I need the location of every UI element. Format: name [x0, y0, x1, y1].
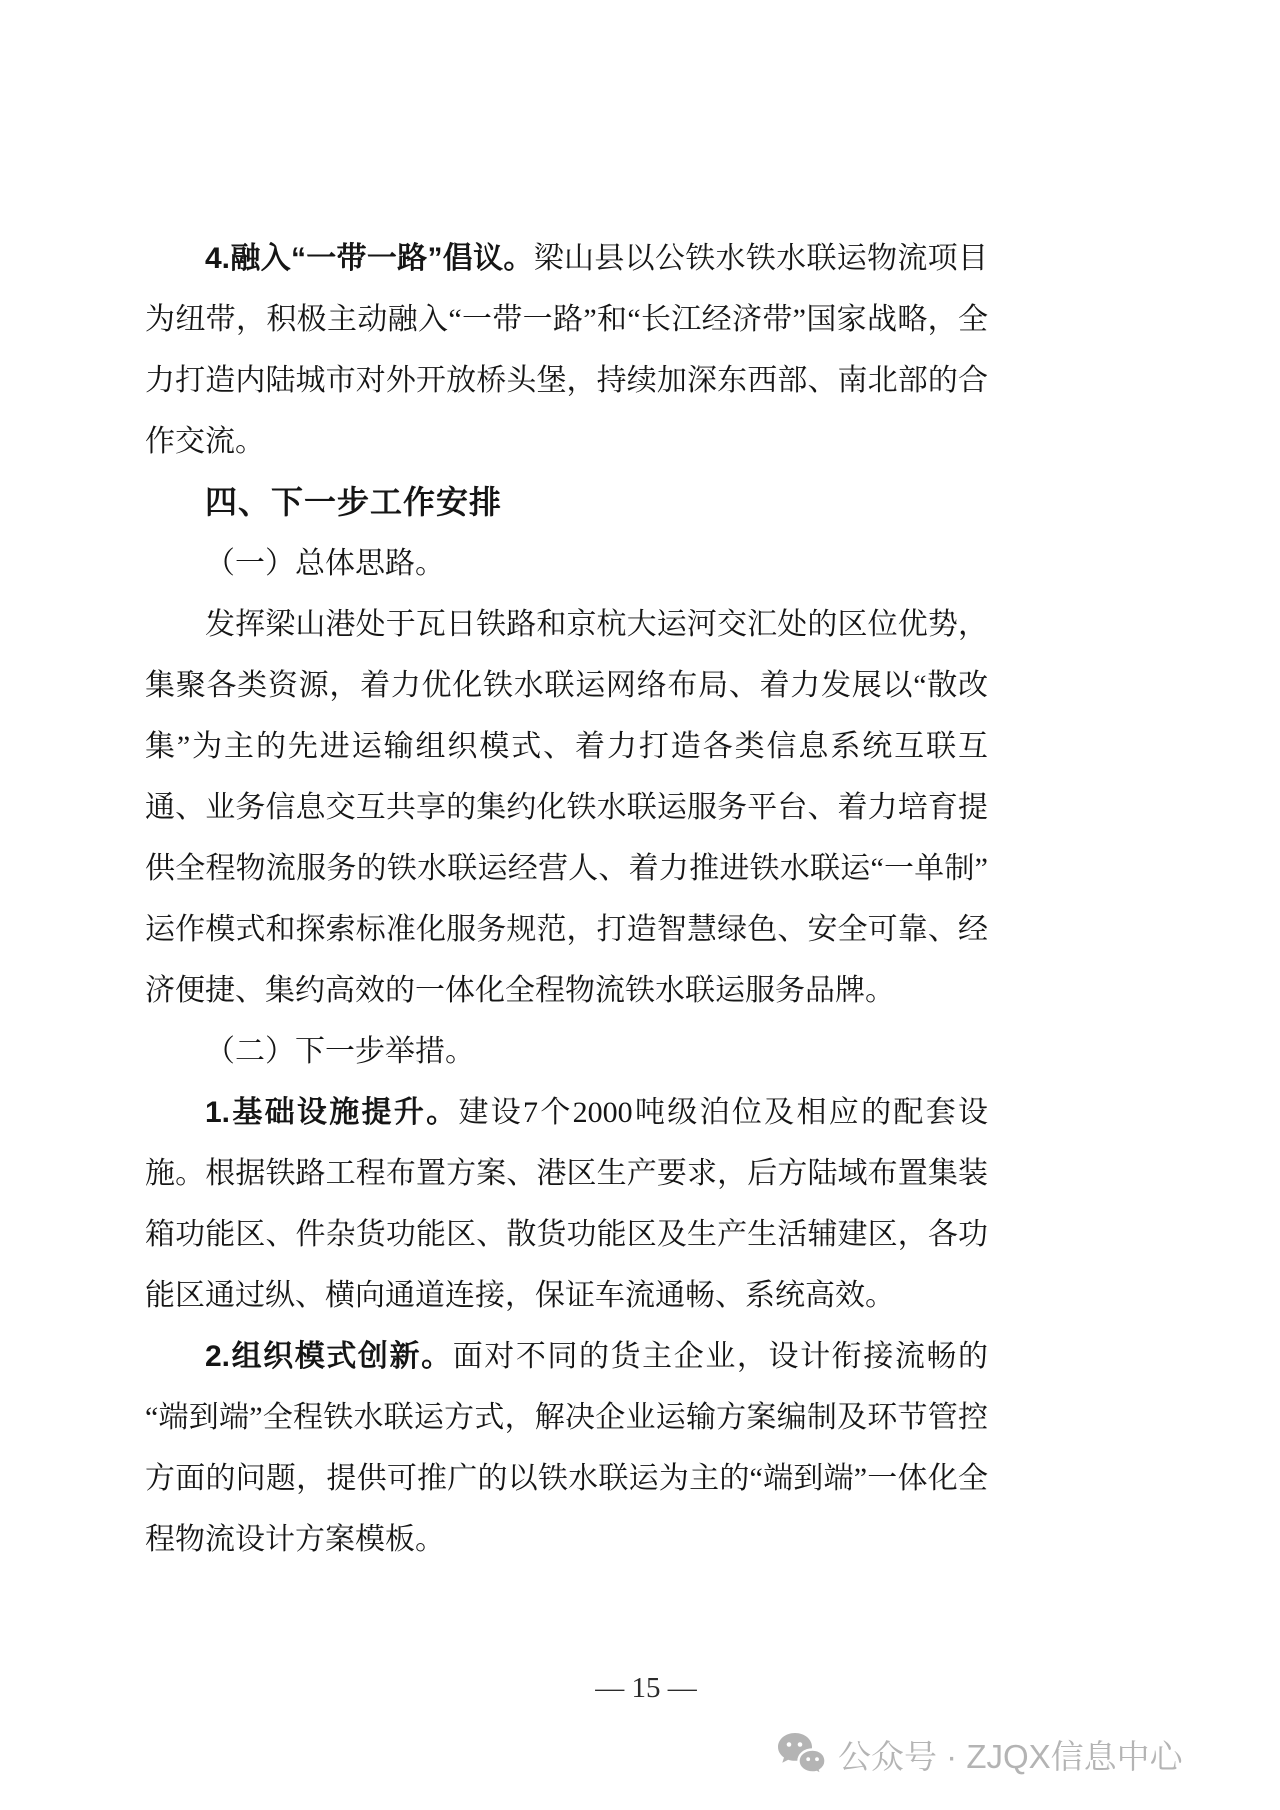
paragraph: 2.组织模式创新。面对不同的货主企业，设计衔接流畅的“端到端”全程铁水联运方式，…: [145, 1326, 988, 1570]
subsection-heading: （二）下一步举措。: [145, 1021, 988, 1082]
paragraph-lead: 2.组织模式创新。: [205, 1340, 453, 1373]
paragraph-text: 发挥梁山港处于瓦日铁路和京杭大运河交汇处的区位优势，集聚各类资源，着力优化铁水联…: [145, 608, 988, 1007]
document-body: 4.融入“一带一路”倡议。梁山县以公铁水铁水联运物流项目为纽带，积极主动融入“一…: [145, 228, 988, 1570]
paragraph-lead: 1.基础设施提升。: [205, 1096, 458, 1129]
paragraph: 4.融入“一带一路”倡议。梁山县以公铁水铁水联运物流项目为纽带，积极主动融入“一…: [145, 228, 988, 472]
page-number: — 15 —: [595, 1672, 697, 1705]
watermark-label: 公众号 · ZJQX信息中心: [838, 1731, 1183, 1778]
watermark: 公众号 · ZJQX信息中心: [776, 1731, 1183, 1778]
paragraph: 1.基础设施提升。建设7个2000吨级泊位及相应的配套设施。根据铁路工程布置方案…: [145, 1082, 988, 1326]
document-page: 4.融入“一带一路”倡议。梁山县以公铁水铁水联运物流项目为纽带，积极主动融入“一…: [0, 0, 1280, 1810]
paragraph-lead: 4.融入“一带一路”倡议。: [205, 242, 534, 275]
paragraph: 发挥梁山港处于瓦日铁路和京杭大运河交汇处的区位优势，集聚各类资源，着力优化铁水联…: [145, 594, 988, 1021]
subsection-heading: （一）总体思路。: [145, 533, 988, 594]
section-heading: 四、下一步工作安排: [145, 472, 988, 533]
wechat-icon: [776, 1732, 826, 1778]
